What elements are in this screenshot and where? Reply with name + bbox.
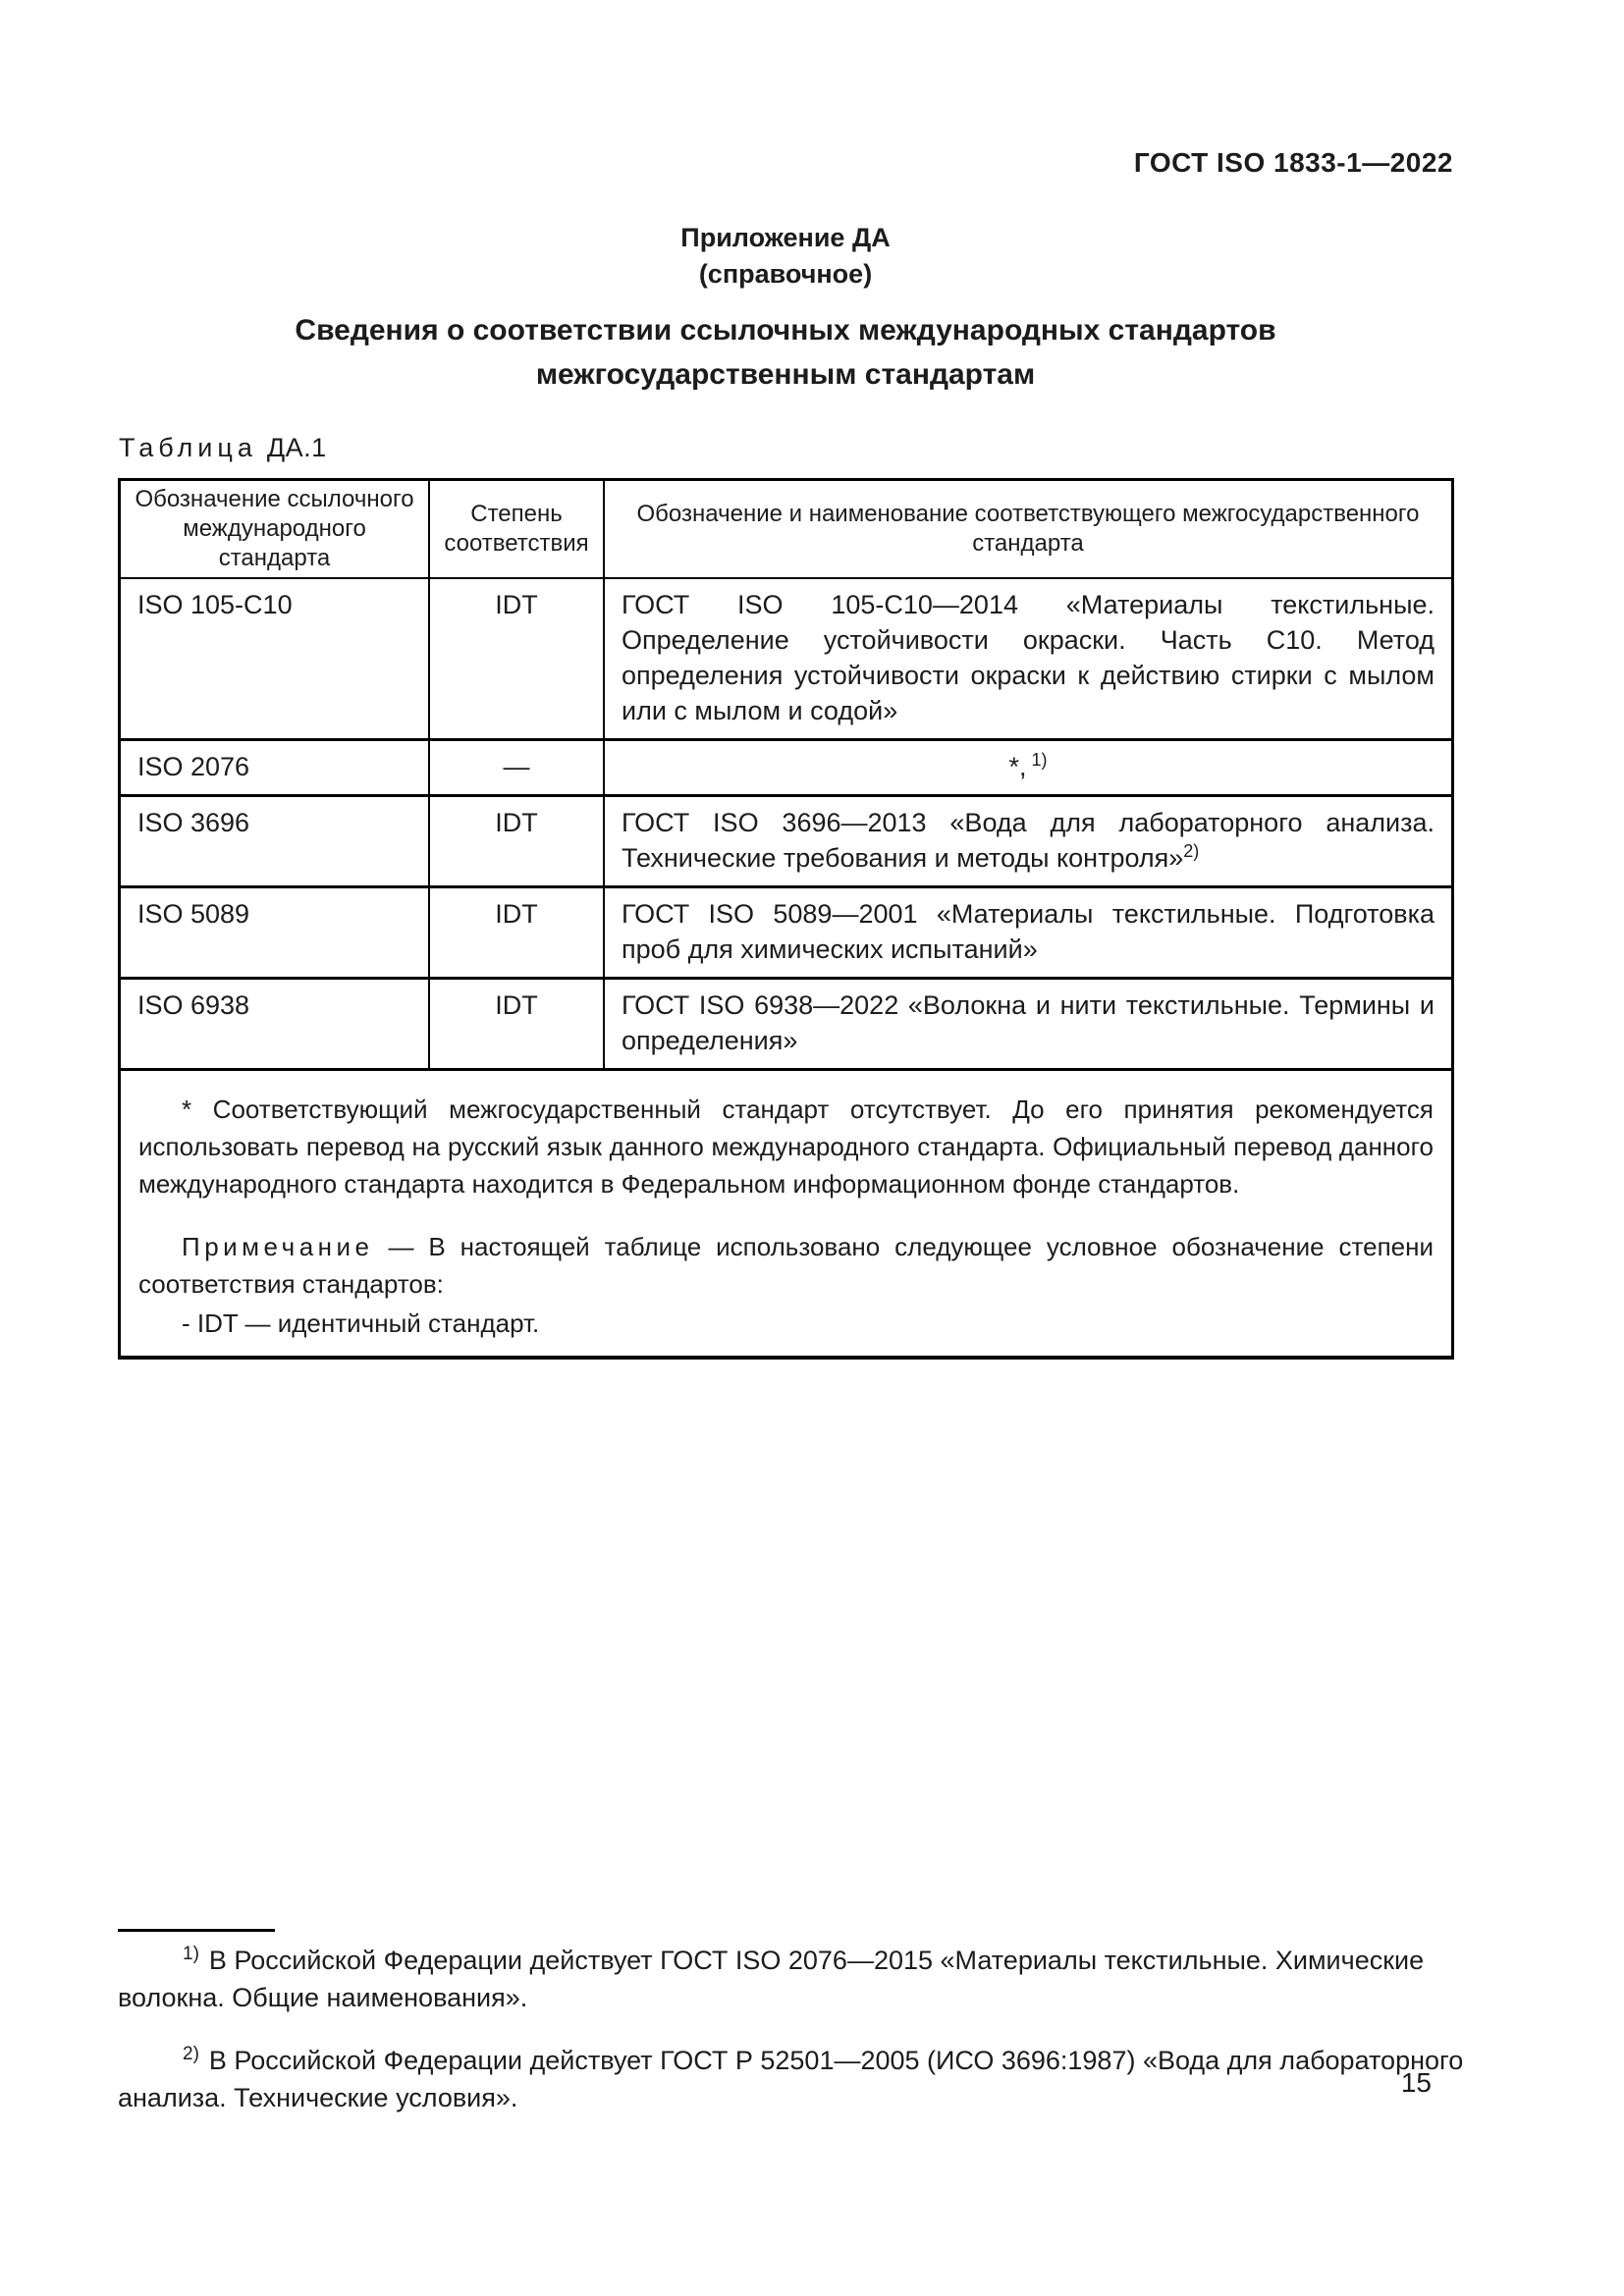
- note-list-item: - IDT — идентичный стандарт.: [138, 1305, 1434, 1342]
- footnote-ref: 2): [1183, 841, 1199, 861]
- table-header-row: Обозначение ссылочного международного ст…: [121, 481, 1451, 579]
- column-header-reference-standard: Обозначение ссылочного международного ст…: [121, 481, 430, 577]
- cell-degree: IDT: [430, 888, 605, 977]
- table-row: ISO 105-C10 IDT ГОСТ ISO 105-C10—2014 «М…: [121, 579, 1451, 741]
- page-title: Сведения о соответствии ссылочных междун…: [118, 308, 1453, 397]
- page-title-line2: межгосударственным стандартам: [118, 352, 1453, 397]
- table-caption: ТаблицаДА.1: [119, 433, 327, 463]
- correspondence-table: Обозначение ссылочного международного ст…: [118, 478, 1454, 1360]
- cell-match: ГОСТ ISO 5089—2001 «Материалы текстильны…: [605, 888, 1451, 977]
- footnote-marker: 2): [183, 2044, 199, 2064]
- page-title-line1: Сведения о соответствии ссылочных междун…: [118, 308, 1453, 352]
- cell-standard: ISO 2076: [121, 741, 430, 794]
- column-header-degree: Степень соответствия: [430, 481, 605, 577]
- table-row: ISO 6938 IDT ГОСТ ISO 6938—2022 «Волокна…: [121, 980, 1451, 1071]
- table-row: ISO 5089 IDT ГОСТ ISO 5089—2001 «Материа…: [121, 888, 1451, 980]
- table-row: ISO 2076 — *,1): [121, 741, 1451, 797]
- document-page: ГОСТ ISO 1833-1—2022 Приложение ДА (спра…: [0, 0, 1624, 2296]
- footnote-1: 1)В Российской Федерации действует ГОСТ …: [118, 1942, 1465, 2016]
- cell-degree: IDT: [430, 579, 605, 738]
- appendix-heading: Приложение ДА (справочное): [118, 220, 1453, 293]
- footnote-marker: 1): [183, 1944, 199, 1964]
- cell-match: *,1): [605, 741, 1451, 794]
- appendix-type: (справочное): [118, 256, 1453, 293]
- note-label: Примечание: [182, 1232, 374, 1261]
- cell-match: ГОСТ ISO 6938—2022 «Волокна и нити текст…: [605, 980, 1451, 1068]
- cell-match: ГОСТ ISO 3696—2013 «Вода для лабораторно…: [605, 797, 1451, 885]
- footnote-divider: [118, 1929, 275, 1932]
- appendix-label: Приложение ДА: [118, 220, 1453, 256]
- cell-standard: ISO 6938: [121, 980, 430, 1068]
- cell-match: ГОСТ ISO 105-C10—2014 «Материалы текстил…: [605, 579, 1451, 738]
- column-header-matching-standard: Обозначение и наименование соответствующ…: [605, 481, 1451, 577]
- table-caption-label: Таблица: [119, 433, 257, 462]
- table-note: Примечание — В настоящей таблице использ…: [138, 1228, 1434, 1303]
- running-header: ГОСТ ISO 1833-1—2022: [118, 147, 1453, 179]
- table-row: ISO 3696 IDT ГОСТ ISO 3696—2013 «Вода дл…: [121, 797, 1451, 888]
- footnote-ref: 1): [1032, 750, 1048, 770]
- cell-degree: IDT: [430, 797, 605, 885]
- cell-standard: ISO 105-C10: [121, 579, 430, 738]
- page-number: 15: [118, 2067, 1432, 2099]
- asterisk-note: * Соответствующий межгосударственный ста…: [138, 1091, 1434, 1202]
- table-caption-number: ДА.1: [267, 433, 327, 462]
- cell-standard: ISO 5089: [121, 888, 430, 977]
- table-footnote-block: * Соответствующий межгосударственный ста…: [121, 1071, 1451, 1356]
- cell-standard: ISO 3696: [121, 797, 430, 885]
- cell-degree: IDT: [430, 980, 605, 1068]
- cell-degree: —: [430, 741, 605, 794]
